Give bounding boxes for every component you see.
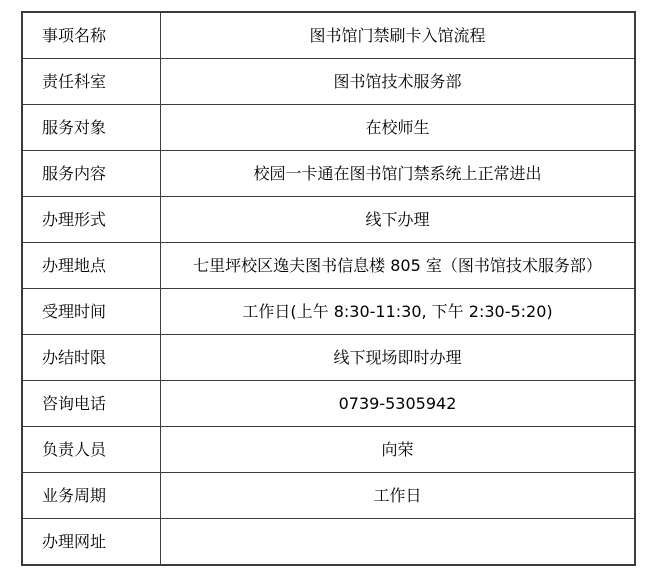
- row-value: 校园一卡通在图书馆门禁系统上正常进出: [161, 151, 636, 197]
- service-info-table: 事项名称 图书馆门禁刷卡入馆流程 责任科室 图书馆技术服务部 服务对象 在校师生…: [21, 11, 636, 566]
- table-row: 服务对象 在校师生: [22, 105, 635, 151]
- row-value: 0739-5305942: [161, 381, 636, 427]
- row-label: 事项名称: [22, 12, 161, 59]
- row-label: 受理时间: [22, 289, 161, 335]
- row-value: 图书馆门禁刷卡入馆流程: [161, 12, 636, 59]
- table-row: 事项名称 图书馆门禁刷卡入馆流程: [22, 12, 635, 59]
- table-row: 咨询电话 0739-5305942: [22, 381, 635, 427]
- row-value: 线下现场即时办理: [161, 335, 636, 381]
- table-row: 业务周期 工作日: [22, 473, 635, 519]
- row-label: 办理地点: [22, 243, 161, 289]
- table-row: 办理形式 线下办理: [22, 197, 635, 243]
- row-label: 服务对象: [22, 105, 161, 151]
- table-row: 办结时限 线下现场即时办理: [22, 335, 635, 381]
- row-label: 负责人员: [22, 427, 161, 473]
- row-value: 向荣: [161, 427, 636, 473]
- row-label: 办理网址: [22, 519, 161, 566]
- row-label: 服务内容: [22, 151, 161, 197]
- row-value: 在校师生: [161, 105, 636, 151]
- row-label: 业务周期: [22, 473, 161, 519]
- table-row: 办理地点 七里坪校区逸夫图书信息楼 805 室（图书馆技术服务部）: [22, 243, 635, 289]
- row-value: 图书馆技术服务部: [161, 59, 636, 105]
- table-row: 办理网址: [22, 519, 635, 566]
- row-value: [161, 519, 636, 566]
- table-row: 服务内容 校园一卡通在图书馆门禁系统上正常进出: [22, 151, 635, 197]
- table-row: 负责人员 向荣: [22, 427, 635, 473]
- row-label: 办理形式: [22, 197, 161, 243]
- row-value: 七里坪校区逸夫图书信息楼 805 室（图书馆技术服务部）: [161, 243, 636, 289]
- table-row: 受理时间 工作日(上午 8:30-11:30, 下午 2:30-5:20): [22, 289, 635, 335]
- row-label: 咨询电话: [22, 381, 161, 427]
- row-label: 办结时限: [22, 335, 161, 381]
- row-label: 责任科室: [22, 59, 161, 105]
- row-value: 线下办理: [161, 197, 636, 243]
- service-info-table-body: 事项名称 图书馆门禁刷卡入馆流程 责任科室 图书馆技术服务部 服务对象 在校师生…: [22, 12, 635, 565]
- row-value: 工作日(上午 8:30-11:30, 下午 2:30-5:20): [161, 289, 636, 335]
- table-row: 责任科室 图书馆技术服务部: [22, 59, 635, 105]
- row-value: 工作日: [161, 473, 636, 519]
